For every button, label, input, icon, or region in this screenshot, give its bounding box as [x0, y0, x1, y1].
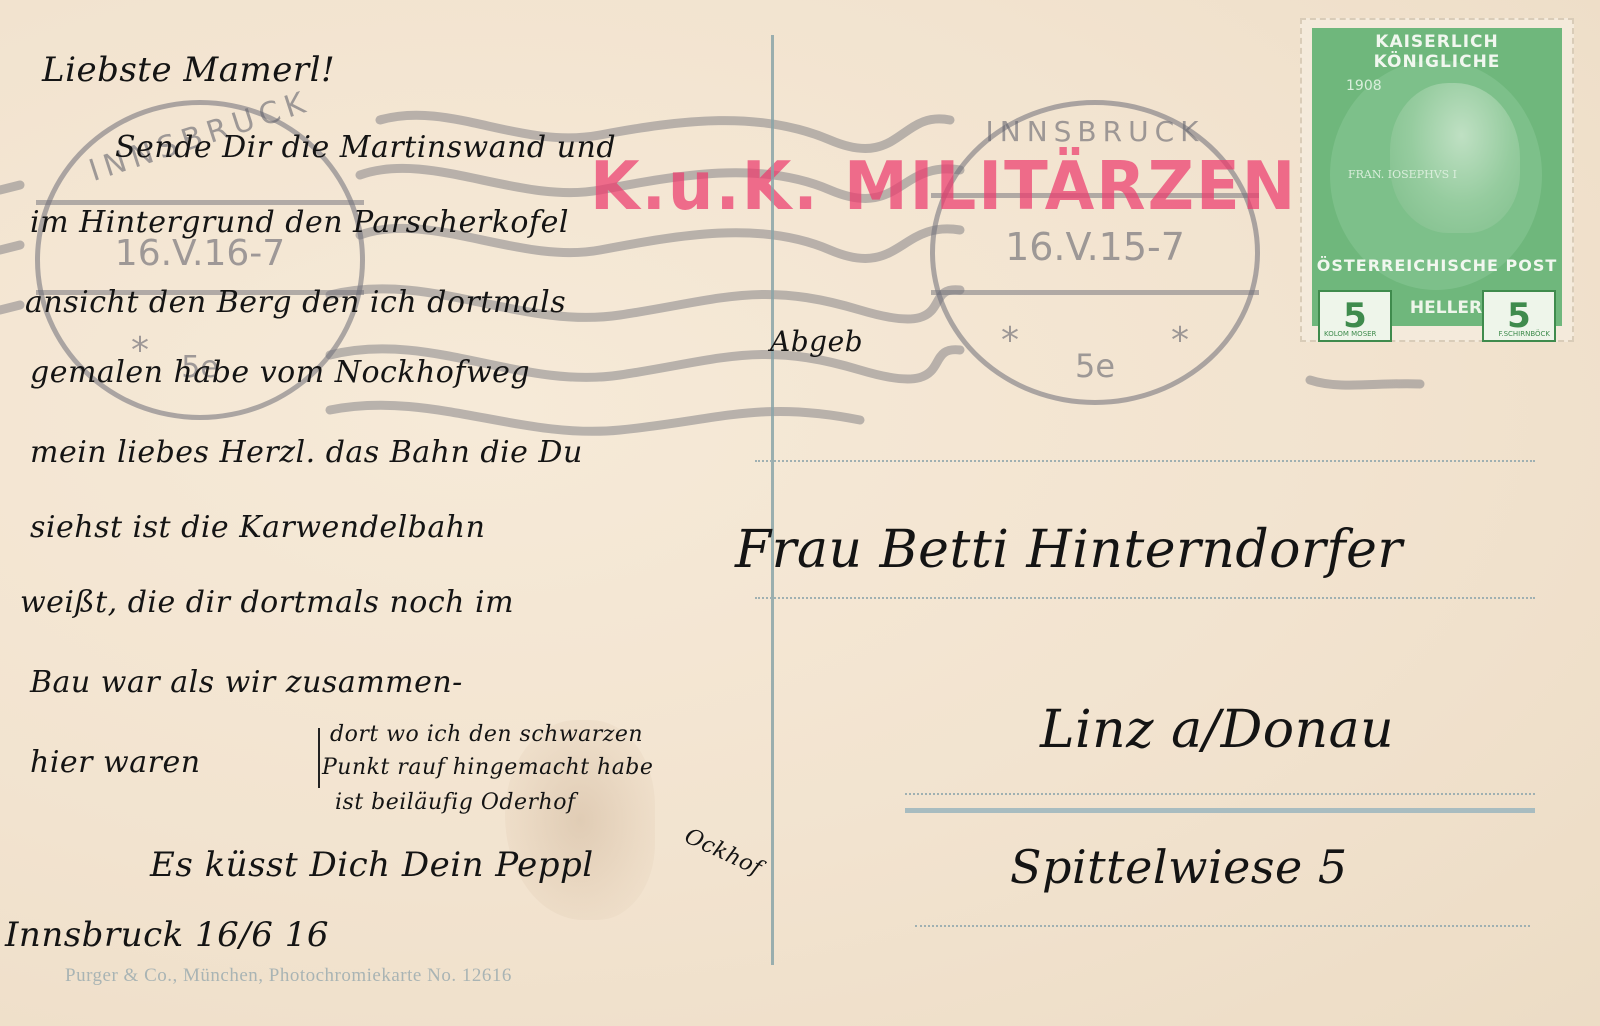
postmark-right-office: 5e — [935, 347, 1255, 385]
message-line: mein liebes Herzl. das Bahn die Du — [30, 435, 583, 470]
postage-stamp: KAISERLICH KÖNIGLICHE ÖSTERREICHISCHE PO… — [1300, 18, 1574, 342]
message-salutation: Liebste Mamerl! — [42, 50, 335, 90]
stamp-bottom-legend: ÖSTERREICHISCHE POST — [1312, 256, 1562, 275]
sender-note: Abgeb — [770, 325, 863, 358]
message-line: Sende Dir die Martinswand und — [115, 130, 616, 165]
stamp-designer-right: F.SCHIRNBÖCK — [1498, 330, 1550, 338]
address-street: Spittelwiese 5 — [1010, 840, 1348, 894]
message-place-date: Innsbruck 16/6 16 — [5, 915, 329, 955]
portrait-emperor — [1390, 83, 1520, 233]
message-line: gemalen habe vom Nockhofweg — [30, 355, 530, 390]
address-name: Frau Betti Hinterndorfer — [735, 520, 1403, 580]
insert-line: Punkt rauf hingemacht habe — [322, 755, 653, 780]
postmark-right-date: 16.V.15-7 — [935, 225, 1255, 269]
address-city: Linz a/Donau — [1040, 700, 1394, 760]
stamp-designer-left: KOLOM MOSER — [1324, 330, 1376, 338]
postmark-right: INNSBRUCK 16.V.15-7 * * 5e — [930, 100, 1260, 405]
message-line: ansicht den Berg den ich dortmals — [25, 285, 566, 320]
insert-line: dort wo ich den schwarzen — [330, 722, 643, 747]
stamp-year: 1908 — [1346, 78, 1382, 94]
message-line: siehst ist die Karwendelbahn — [30, 510, 485, 545]
address-line-2 — [755, 597, 1535, 599]
publisher-imprint: Purger & Co., München, Photochromiekarte… — [65, 965, 512, 987]
address-line-solid — [905, 808, 1535, 813]
address-line-4 — [915, 925, 1530, 927]
stamp-portrait-name: FRAN. IOSEPHVS I — [1348, 168, 1457, 182]
message-line: hier waren — [30, 745, 201, 780]
message-closing: Es küsst Dich Dein Peppl — [150, 845, 594, 885]
stamp-denomination: HELLER — [1404, 298, 1488, 318]
center-divider — [771, 35, 774, 965]
insert-bracket — [318, 728, 320, 788]
message-line: im Hintergrund den Parscherkofel — [30, 205, 569, 240]
stamp-top-legend: KAISERLICH KÖNIGLICHE — [1312, 32, 1562, 72]
address-line-1 — [755, 460, 1535, 462]
postcard: INNSBRUCK 16.V.16-7 * 5e INNSBRUCK 16.V.… — [0, 0, 1600, 1026]
address-line-3 — [905, 793, 1535, 795]
insert-line: ist beiläufig Oderhof — [335, 790, 576, 815]
message-line: weißt, die dir dortmals noch im — [20, 585, 514, 620]
postmark-right-city: INNSBRUCK — [935, 115, 1255, 148]
message-line: Bau war als wir zusammen- — [30, 665, 463, 700]
